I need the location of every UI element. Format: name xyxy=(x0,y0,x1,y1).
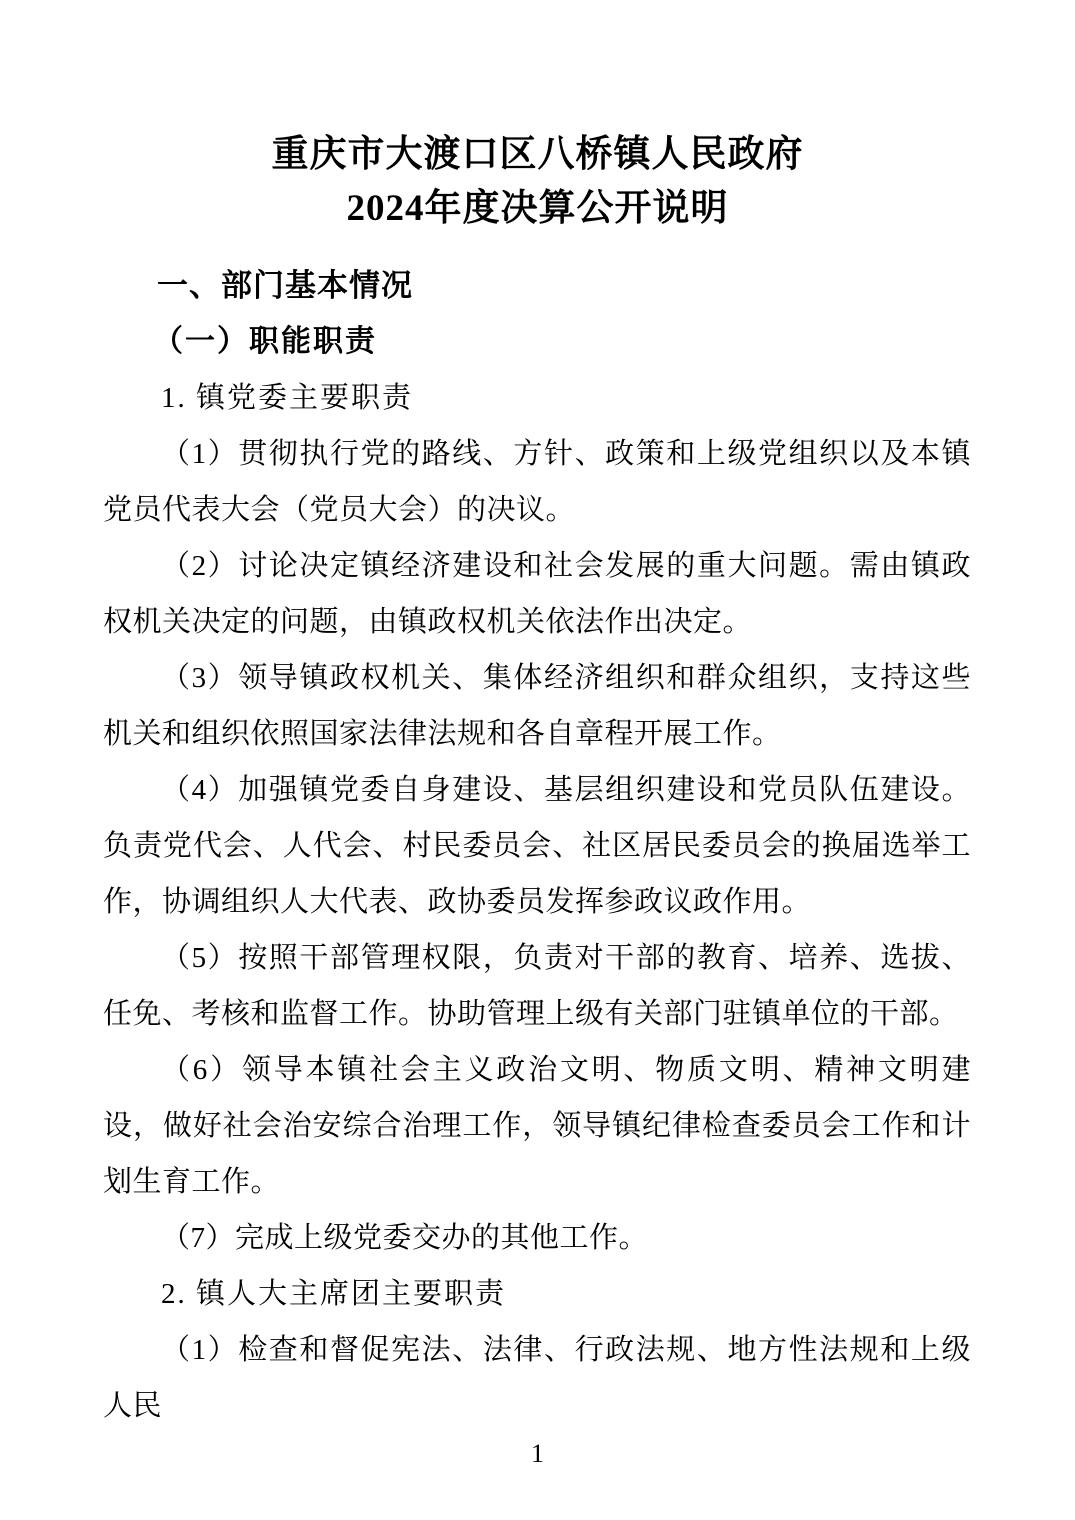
item-heading-party-committee: 1. 镇党委主要职责 xyxy=(103,370,971,426)
paragraph-duty-2: （2）讨论决定镇经济建设和社会发展的重大问题。需由镇政权机关决定的问题，由镇政权… xyxy=(103,538,971,650)
paragraph-duty-5: （5）按照干部管理权限，负责对干部的教育、培养、选拔、任免、考核和监督工作。协助… xyxy=(103,930,971,1042)
document-body: 一、部门基本情况 （一）职能职责 1. 镇党委主要职责 （1）贯彻执行党的路线、… xyxy=(103,258,971,1434)
subsection-heading-duties: （一）职能职责 xyxy=(103,314,971,370)
paragraph-duty-3: （3）领导镇政权机关、集体经济组织和群众组织，支持这些机关和组织依照国家法律法规… xyxy=(103,650,971,762)
section-heading-basic-info: 一、部门基本情况 xyxy=(103,258,971,314)
page-number: 1 xyxy=(0,1438,1075,1470)
paragraph-duty-7: （7）完成上级党委交办的其他工作。 xyxy=(103,1210,971,1266)
item-heading-peoples-congress: 2. 镇人大主席团主要职责 xyxy=(103,1266,971,1322)
title-line-1: 重庆市大渡口区八桥镇人民政府 xyxy=(0,128,1075,182)
paragraph-congress-duty-1: （1）检查和督促宪法、法律、行政法规、地方性法规和上级人民 xyxy=(103,1322,971,1434)
paragraph-duty-1: （1）贯彻执行党的路线、方针、政策和上级党组织以及本镇党员代表大会（党员大会）的… xyxy=(103,426,971,538)
title-line-2: 2024年度决算公开说明 xyxy=(0,182,1075,236)
document-title: 重庆市大渡口区八桥镇人民政府 2024年度决算公开说明 xyxy=(0,0,1075,236)
paragraph-duty-4: （4）加强镇党委自身建设、基层组织建设和党员队伍建设。负责党代会、人代会、村民委… xyxy=(103,762,971,930)
document-page: 重庆市大渡口区八桥镇人民政府 2024年度决算公开说明 一、部门基本情况 （一）… xyxy=(0,0,1075,1520)
paragraph-duty-6: （6）领导本镇社会主义政治文明、物质文明、精神文明建设，做好社会治安综合治理工作… xyxy=(103,1042,971,1210)
